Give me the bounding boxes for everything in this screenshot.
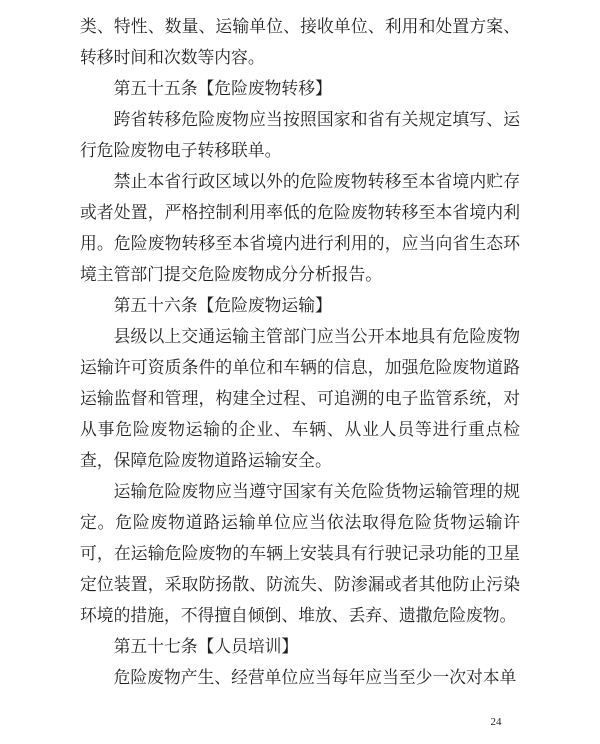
paragraph: 跨省转移危险废物应当按照国家和省有关规定填写、运行危险废物电子转移联单。 [80, 104, 520, 166]
article-heading-55: 第五十五条【危险废物转移】 [80, 73, 520, 104]
paragraph: 县级以上交通运输主管部门应当公开本地具有危险废物运输许可资质条件的单位和车辆的信… [80, 321, 520, 476]
paragraph: 禁止本省行政区域以外的危险废物转移至本省境内贮存或者处置，严格控制利用率低的危险… [80, 166, 520, 290]
paragraph: 运输危险废物应当遵守国家有关危险货物运输管理的规定。危险废物道路运输单位应当依法… [80, 476, 520, 631]
page-number: 24 [488, 716, 504, 728]
article-heading-57: 第五十七条【人员培训】 [80, 631, 520, 662]
article-heading-56: 第五十六条【危险废物运输】 [80, 290, 520, 321]
paragraph-continuation: 类、特性、数量、运输单位、接收单位、利用和处置方案、转移时间和次数等内容。 [80, 11, 520, 73]
document-page: 类、特性、数量、运输单位、接收单位、利用和处置方案、转移时间和次数等内容。 第五… [0, 0, 600, 744]
document-text-block: 类、特性、数量、运输单位、接收单位、利用和处置方案、转移时间和次数等内容。 第五… [80, 11, 520, 693]
paragraph: 危险废物产生、经营单位应当每年应当至少一次对本单 [80, 662, 520, 693]
